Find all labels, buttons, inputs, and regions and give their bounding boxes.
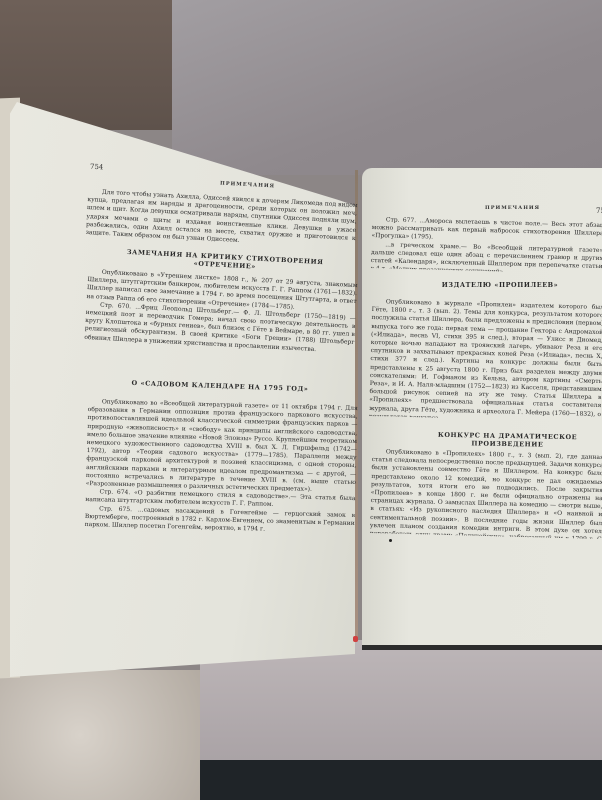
section-body: Опубликовано во «Всеобщей литературной г… — [84, 398, 358, 545]
section-heading: КОНКУРС НА ДРАМАТИЧЕСКОЕ ПРОИЗВЕДЕНИЕ — [420, 430, 595, 449]
section-heading: ИЗДАТЕЛЮ «ПРОПИЛЕЕВ» — [430, 281, 570, 289]
section-body: Опубликовано в «Пропилеях» 1800 г., т. 3… — [370, 448, 602, 539]
background-wall — [172, 0, 602, 175]
right-page-edge — [362, 645, 602, 650]
right-running-head: ПРИМЕЧАНИЯ — [485, 205, 540, 211]
section-body: Опубликовано в журнале «Пропилеи» издате… — [369, 298, 602, 422]
table-cloth — [0, 670, 200, 800]
end-mark — [389, 539, 392, 542]
paragraph: Опубликовано во «Всеобщей литературной г… — [86, 398, 358, 495]
right-page-number: 755 — [596, 207, 602, 215]
right-intro-text: Стр. 677. ...Амороса вылетаешь в чистое … — [371, 216, 602, 274]
paragraph: Опубликовано в журнале «Пропилеи» издате… — [369, 298, 602, 422]
left-page-number: 754 — [90, 163, 104, 172]
paragraph: Опубликовано в «Пропилеях» 1800 г., т. 3… — [370, 448, 602, 539]
floor-shadow — [200, 760, 602, 800]
section-body: Опубликовано в «Утреннем листке» 1808 г.… — [84, 268, 358, 367]
bookmark-ribbon — [353, 636, 358, 642]
